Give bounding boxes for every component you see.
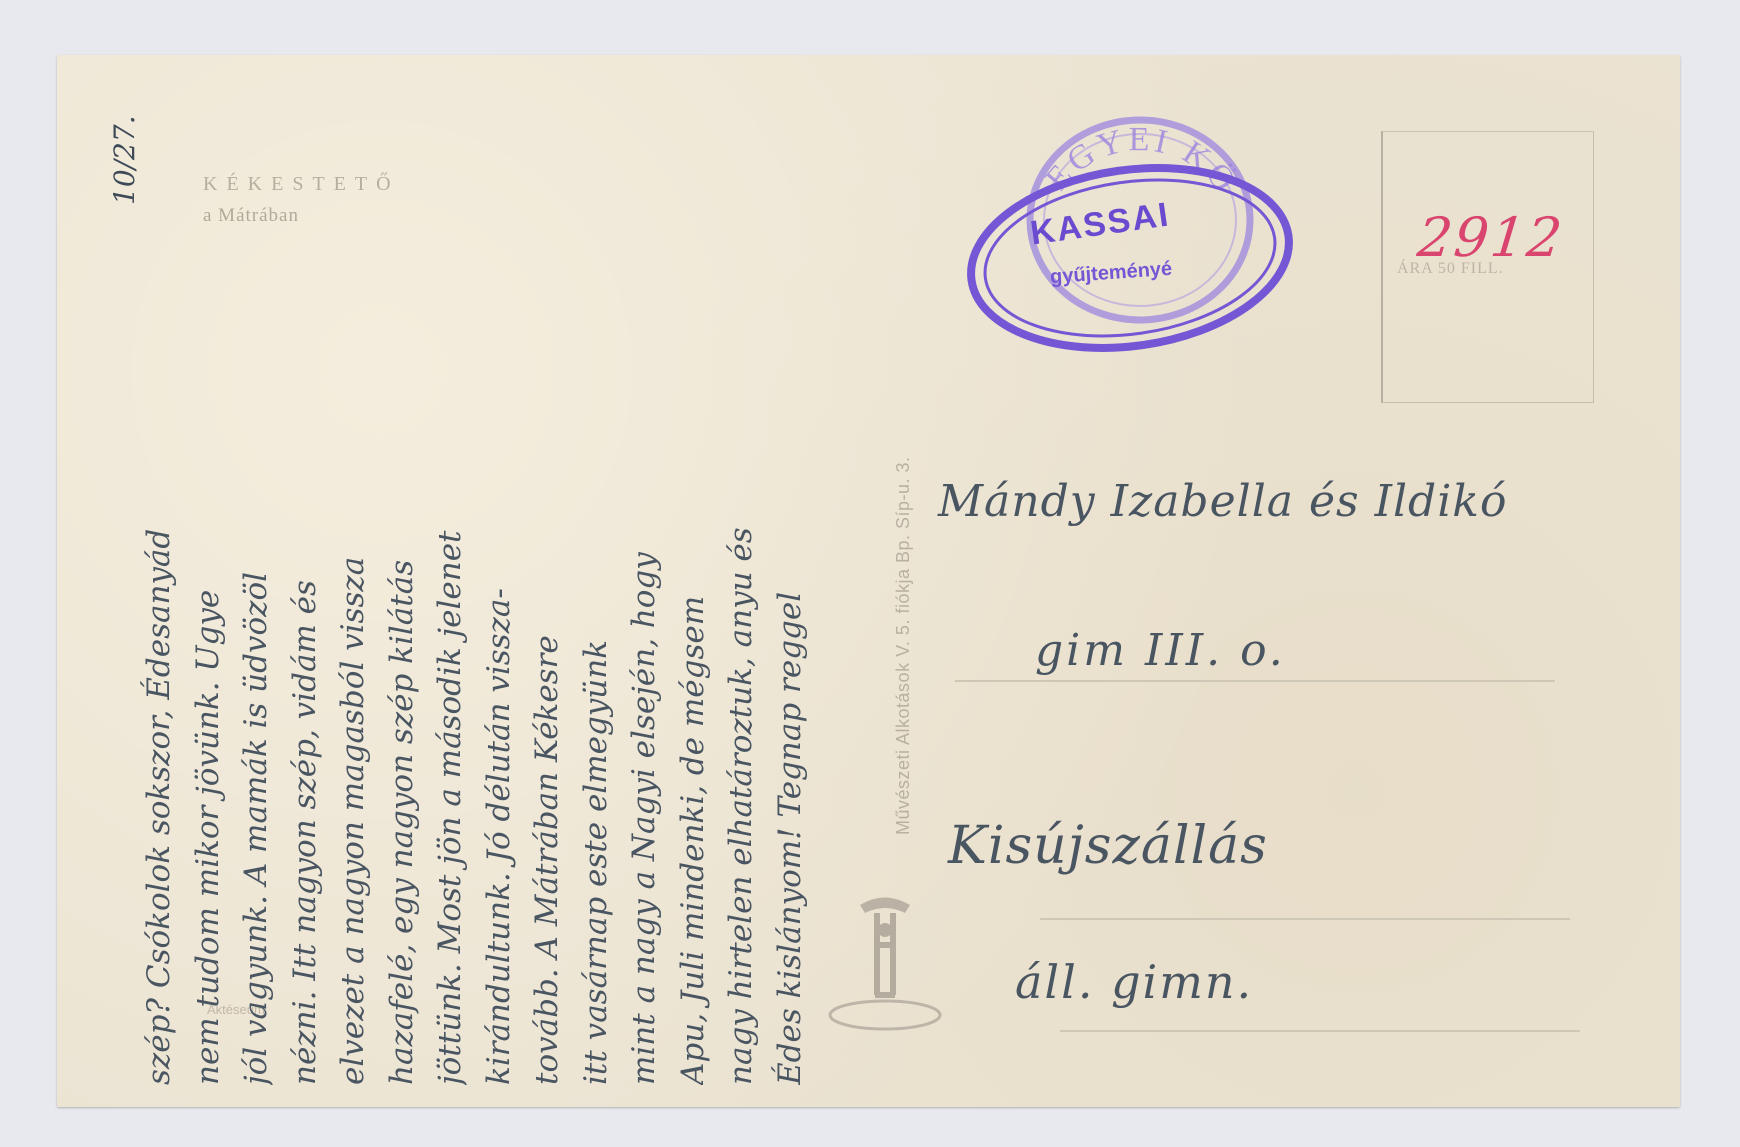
message-line: itt vasárnap este elmegyünk <box>572 100 621 1085</box>
message-line: mint a nagy a Nagyi elsején, hogy <box>620 100 669 1085</box>
message-line: jöttünk. Most jön a második jelenet <box>426 100 475 1085</box>
address-rule-1 <box>955 680 1555 682</box>
stamp-marks: EGYEI KÖ <box>955 110 1315 380</box>
address-rule-3 <box>1060 1030 1580 1032</box>
message-line: Apu, Juli mindenki, de mégsem <box>669 100 718 1085</box>
address-class: gim III. o. <box>1035 625 1286 676</box>
message-line: hazafelé, egy nagyon szép kilátás <box>378 100 427 1085</box>
handwritten-message: szép? Csókolok sokszor, Édesanyádnem tud… <box>135 100 814 1085</box>
message-line: nem tudom mikor jövünk. Ugye <box>184 100 233 1085</box>
message-line: szép? Csókolok sokszor, Édesanyád <box>135 100 184 1085</box>
message-line: tovább. A Mátrában Kékesre <box>523 100 572 1085</box>
address-rule-2 <box>1040 918 1570 920</box>
message-line: nézni. Itt nagyon szép, vidám és <box>281 100 330 1085</box>
publisher-logo-icon <box>825 885 945 1035</box>
address-school: áll. gimn. <box>1015 955 1253 1009</box>
message-line: nagy hirtelen elhatároztuk, anyu és <box>717 100 766 1085</box>
message-line: Édes kislányom! Tegnap reggel <box>766 100 815 1085</box>
svg-text:EGYEI KÖ: EGYEI KÖ <box>1038 121 1245 201</box>
address-recipient: Mándy Izabella és Ildikó <box>938 476 1507 527</box>
message-line: elvezet a nagyon magasból vissza <box>329 100 378 1085</box>
publisher-imprint: Művészeti Alkotások V. 5. fiókja Bp. Síp… <box>893 456 914 835</box>
oval-stamp-icon <box>959 149 1300 368</box>
address-town: Kisújszállás <box>948 816 1268 876</box>
message-line: kirándultunk. Jó délután vissza- <box>475 100 524 1085</box>
message-line: jól vagyunk. A mamák is üdvözöl <box>232 100 281 1085</box>
catalog-number: 2912 <box>1415 206 1567 269</box>
